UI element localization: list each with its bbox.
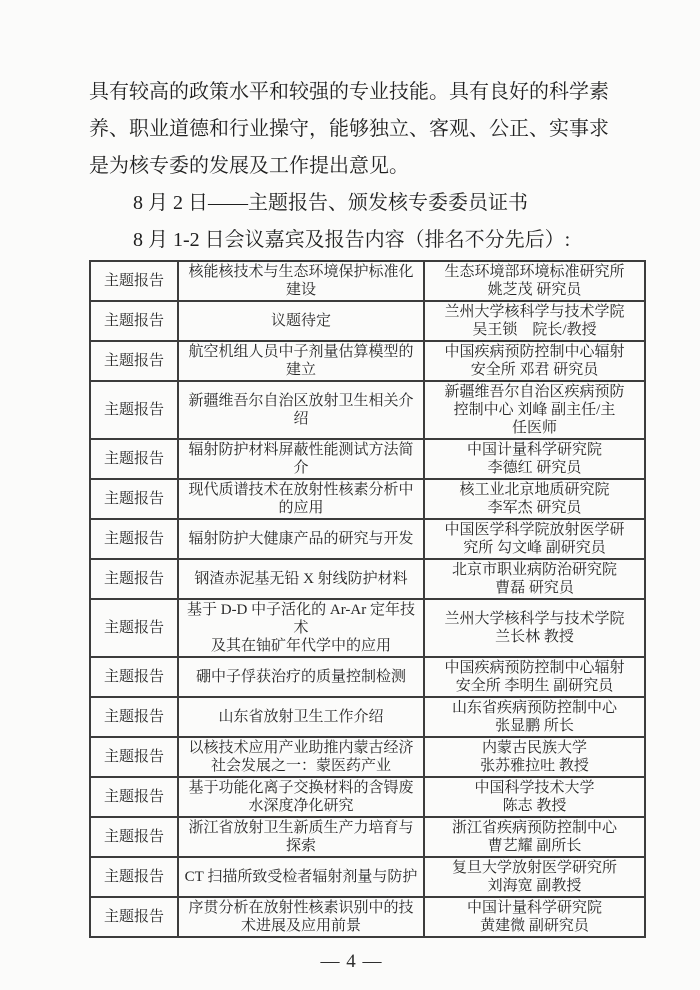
speaker-cell: 核工业北京地质研究院 李军杰 研究员 xyxy=(424,479,645,519)
report-type-cell: 主题报告 xyxy=(90,817,178,857)
speaker-cell: 中国医学科学院放射医学研 究所 勾文峰 副研究员 xyxy=(424,519,645,559)
topic-cell: 序贯分析在放射性核素识别中的技 术进展及应用前景 xyxy=(178,897,424,937)
topic-cell: 议题待定 xyxy=(178,301,424,341)
topic-cell: CT 扫描所致受检者辐射剂量与防护 xyxy=(178,857,424,897)
speaker-cell: 北京市职业病防治研究院 曹磊 研究员 xyxy=(424,559,645,599)
paragraph-line: 具有较高的政策水平和较强的专业技能。具有良好的科学素 xyxy=(89,74,613,111)
topic-cell: 以核技术应用产业助推内蒙古经济 社会发展之一：蒙医药产业 xyxy=(178,737,424,777)
report-type-cell: 主题报告 xyxy=(90,857,178,897)
table-row: 主题报告 钢渣赤泥基无铅 X 射线防护材料 北京市职业病防治研究院 曹磊 研究员 xyxy=(90,559,645,599)
topic-cell: 新疆维吾尔自治区放射卫生相关介 绍 xyxy=(178,381,424,439)
page-content: 具有较高的政策水平和较强的专业技能。具有良好的科学素 养、职业道德和行业操守，能… xyxy=(0,0,700,973)
paragraph-line: 是为核专委的发展及工作提出意见。 xyxy=(89,148,613,185)
table-row: 主题报告 浙江省放射卫生新质生产力培育与 探索 浙江省疾病预防控制中心 曹艺耀 … xyxy=(90,817,645,857)
table-row: 主题报告 辐射防护材料屏蔽性能测试方法简 介 中国计量科学研究院 李德红 研究员 xyxy=(90,439,645,479)
agenda-heading: 8 月 1-2 日会议嘉宾及报告内容（排名不分先后）: xyxy=(89,222,613,259)
speaker-cell: 生态环境部环境标准研究所 姚芝茂 研究员 xyxy=(424,261,645,301)
table-row: 主题报告 航空机组人员中子剂量估算模型的 建立 中国疾病预防控制中心辐射 安全所… xyxy=(90,341,645,381)
schedule-heading: 8 月 2 日——主题报告、颁发核专委委员证书 xyxy=(89,185,613,222)
table-row: 主题报告 硼中子俘获治疗的质量控制检测 中国疾病预防控制中心辐射 安全所 李明生… xyxy=(90,657,645,697)
table-row: 主题报告 基于 D-D 中子活化的 Ar-Ar 定年技术 及其在铀矿年代学中的应… xyxy=(90,599,645,657)
speaker-cell: 兰州大学核科学与技术学院 兰长林 教授 xyxy=(424,599,645,657)
table-row: 主题报告 新疆维吾尔自治区放射卫生相关介 绍 新疆维吾尔自治区疾病预防 控制中心… xyxy=(90,381,645,439)
speaker-cell: 中国科学技术大学 陈志 教授 xyxy=(424,777,645,817)
intro-paragraph: 具有较高的政策水平和较强的专业技能。具有良好的科学素 养、职业道德和行业操守，能… xyxy=(89,74,613,185)
report-type-cell: 主题报告 xyxy=(90,261,178,301)
report-type-cell: 主题报告 xyxy=(90,301,178,341)
speaker-cell: 复旦大学放射医学研究所 刘海宽 副教授 xyxy=(424,857,645,897)
table-row: 主题报告 山东省放射卫生工作介绍 山东省疾病预防控制中心 张显鹏 所长 xyxy=(90,697,645,737)
table-row: 主题报告 核能核技术与生态环境保护标准化 建设 生态环境部环境标准研究所 姚芝茂… xyxy=(90,261,645,301)
topic-cell: 辐射防护大健康产品的研究与开发 xyxy=(178,519,424,559)
speaker-cell: 中国计量科学研究院 李德红 研究员 xyxy=(424,439,645,479)
report-type-cell: 主题报告 xyxy=(90,777,178,817)
speaker-cell: 中国疾病预防控制中心辐射 安全所 李明生 副研究员 xyxy=(424,657,645,697)
table-row: 主题报告 CT 扫描所致受检者辐射剂量与防护 复旦大学放射医学研究所 刘海宽 副… xyxy=(90,857,645,897)
table-row: 主题报告 序贯分析在放射性核素识别中的技 术进展及应用前景 中国计量科学研究院 … xyxy=(90,897,645,937)
report-type-cell: 主题报告 xyxy=(90,341,178,381)
topic-cell: 基于功能化离子交换材料的含锝废 水深度净化研究 xyxy=(178,777,424,817)
speaker-cell: 浙江省疾病预防控制中心 曹艺耀 副所长 xyxy=(424,817,645,857)
report-type-cell: 主题报告 xyxy=(90,559,178,599)
paragraph-line: 养、职业道德和行业操守，能够独立、客观、公正、实事求 xyxy=(89,111,613,148)
page-number: — 4 — xyxy=(89,951,614,973)
topic-cell: 现代质谱技术在放射性核素分析中 的应用 xyxy=(178,479,424,519)
report-table-body: 主题报告 核能核技术与生态环境保护标准化 建设 生态环境部环境标准研究所 姚芝茂… xyxy=(90,261,645,937)
scanned-document-page: 具有较高的政策水平和较强的专业技能。具有良好的科学素 养、职业道德和行业操守，能… xyxy=(0,0,700,990)
report-type-cell: 主题报告 xyxy=(90,381,178,439)
report-type-cell: 主题报告 xyxy=(90,697,178,737)
table-row: 主题报告 以核技术应用产业助推内蒙古经济 社会发展之一：蒙医药产业 内蒙古民族大… xyxy=(90,737,645,777)
table-row: 主题报告 议题待定 兰州大学核科学与技术学院 吴王锁 院长/教授 xyxy=(90,301,645,341)
report-type-cell: 主题报告 xyxy=(90,897,178,937)
topic-cell: 硼中子俘获治疗的质量控制检测 xyxy=(178,657,424,697)
speaker-cell: 中国计量科学研究院 黄建微 副研究员 xyxy=(424,897,645,937)
topic-cell: 核能核技术与生态环境保护标准化 建设 xyxy=(178,261,424,301)
table-row: 主题报告 辐射防护大健康产品的研究与开发 中国医学科学院放射医学研 究所 勾文峰… xyxy=(90,519,645,559)
topic-cell: 基于 D-D 中子活化的 Ar-Ar 定年技术 及其在铀矿年代学中的应用 xyxy=(178,599,424,657)
topic-cell: 辐射防护材料屏蔽性能测试方法简 介 xyxy=(178,439,424,479)
speaker-cell: 山东省疾病预防控制中心 张显鹏 所长 xyxy=(424,697,645,737)
report-table: 主题报告 核能核技术与生态环境保护标准化 建设 生态环境部环境标准研究所 姚芝茂… xyxy=(89,260,646,938)
table-row: 主题报告 基于功能化离子交换材料的含锝废 水深度净化研究 中国科学技术大学 陈志… xyxy=(90,777,645,817)
report-type-cell: 主题报告 xyxy=(90,737,178,777)
speaker-cell: 内蒙古民族大学 张苏雅拉吐 教授 xyxy=(424,737,645,777)
report-type-cell: 主题报告 xyxy=(90,479,178,519)
report-type-cell: 主题报告 xyxy=(90,439,178,479)
speaker-cell: 兰州大学核科学与技术学院 吴王锁 院长/教授 xyxy=(424,301,645,341)
report-type-cell: 主题报告 xyxy=(90,657,178,697)
speaker-cell: 中国疾病预防控制中心辐射 安全所 邓君 研究员 xyxy=(424,341,645,381)
report-type-cell: 主题报告 xyxy=(90,599,178,657)
topic-cell: 钢渣赤泥基无铅 X 射线防护材料 xyxy=(178,559,424,599)
report-type-cell: 主题报告 xyxy=(90,519,178,559)
topic-cell: 山东省放射卫生工作介绍 xyxy=(178,697,424,737)
table-row: 主题报告 现代质谱技术在放射性核素分析中 的应用 核工业北京地质研究院 李军杰 … xyxy=(90,479,645,519)
topic-cell: 航空机组人员中子剂量估算模型的 建立 xyxy=(178,341,424,381)
topic-cell: 浙江省放射卫生新质生产力培育与 探索 xyxy=(178,817,424,857)
speaker-cell: 新疆维吾尔自治区疾病预防 控制中心 刘峰 副主任/主 任医师 xyxy=(424,381,645,439)
